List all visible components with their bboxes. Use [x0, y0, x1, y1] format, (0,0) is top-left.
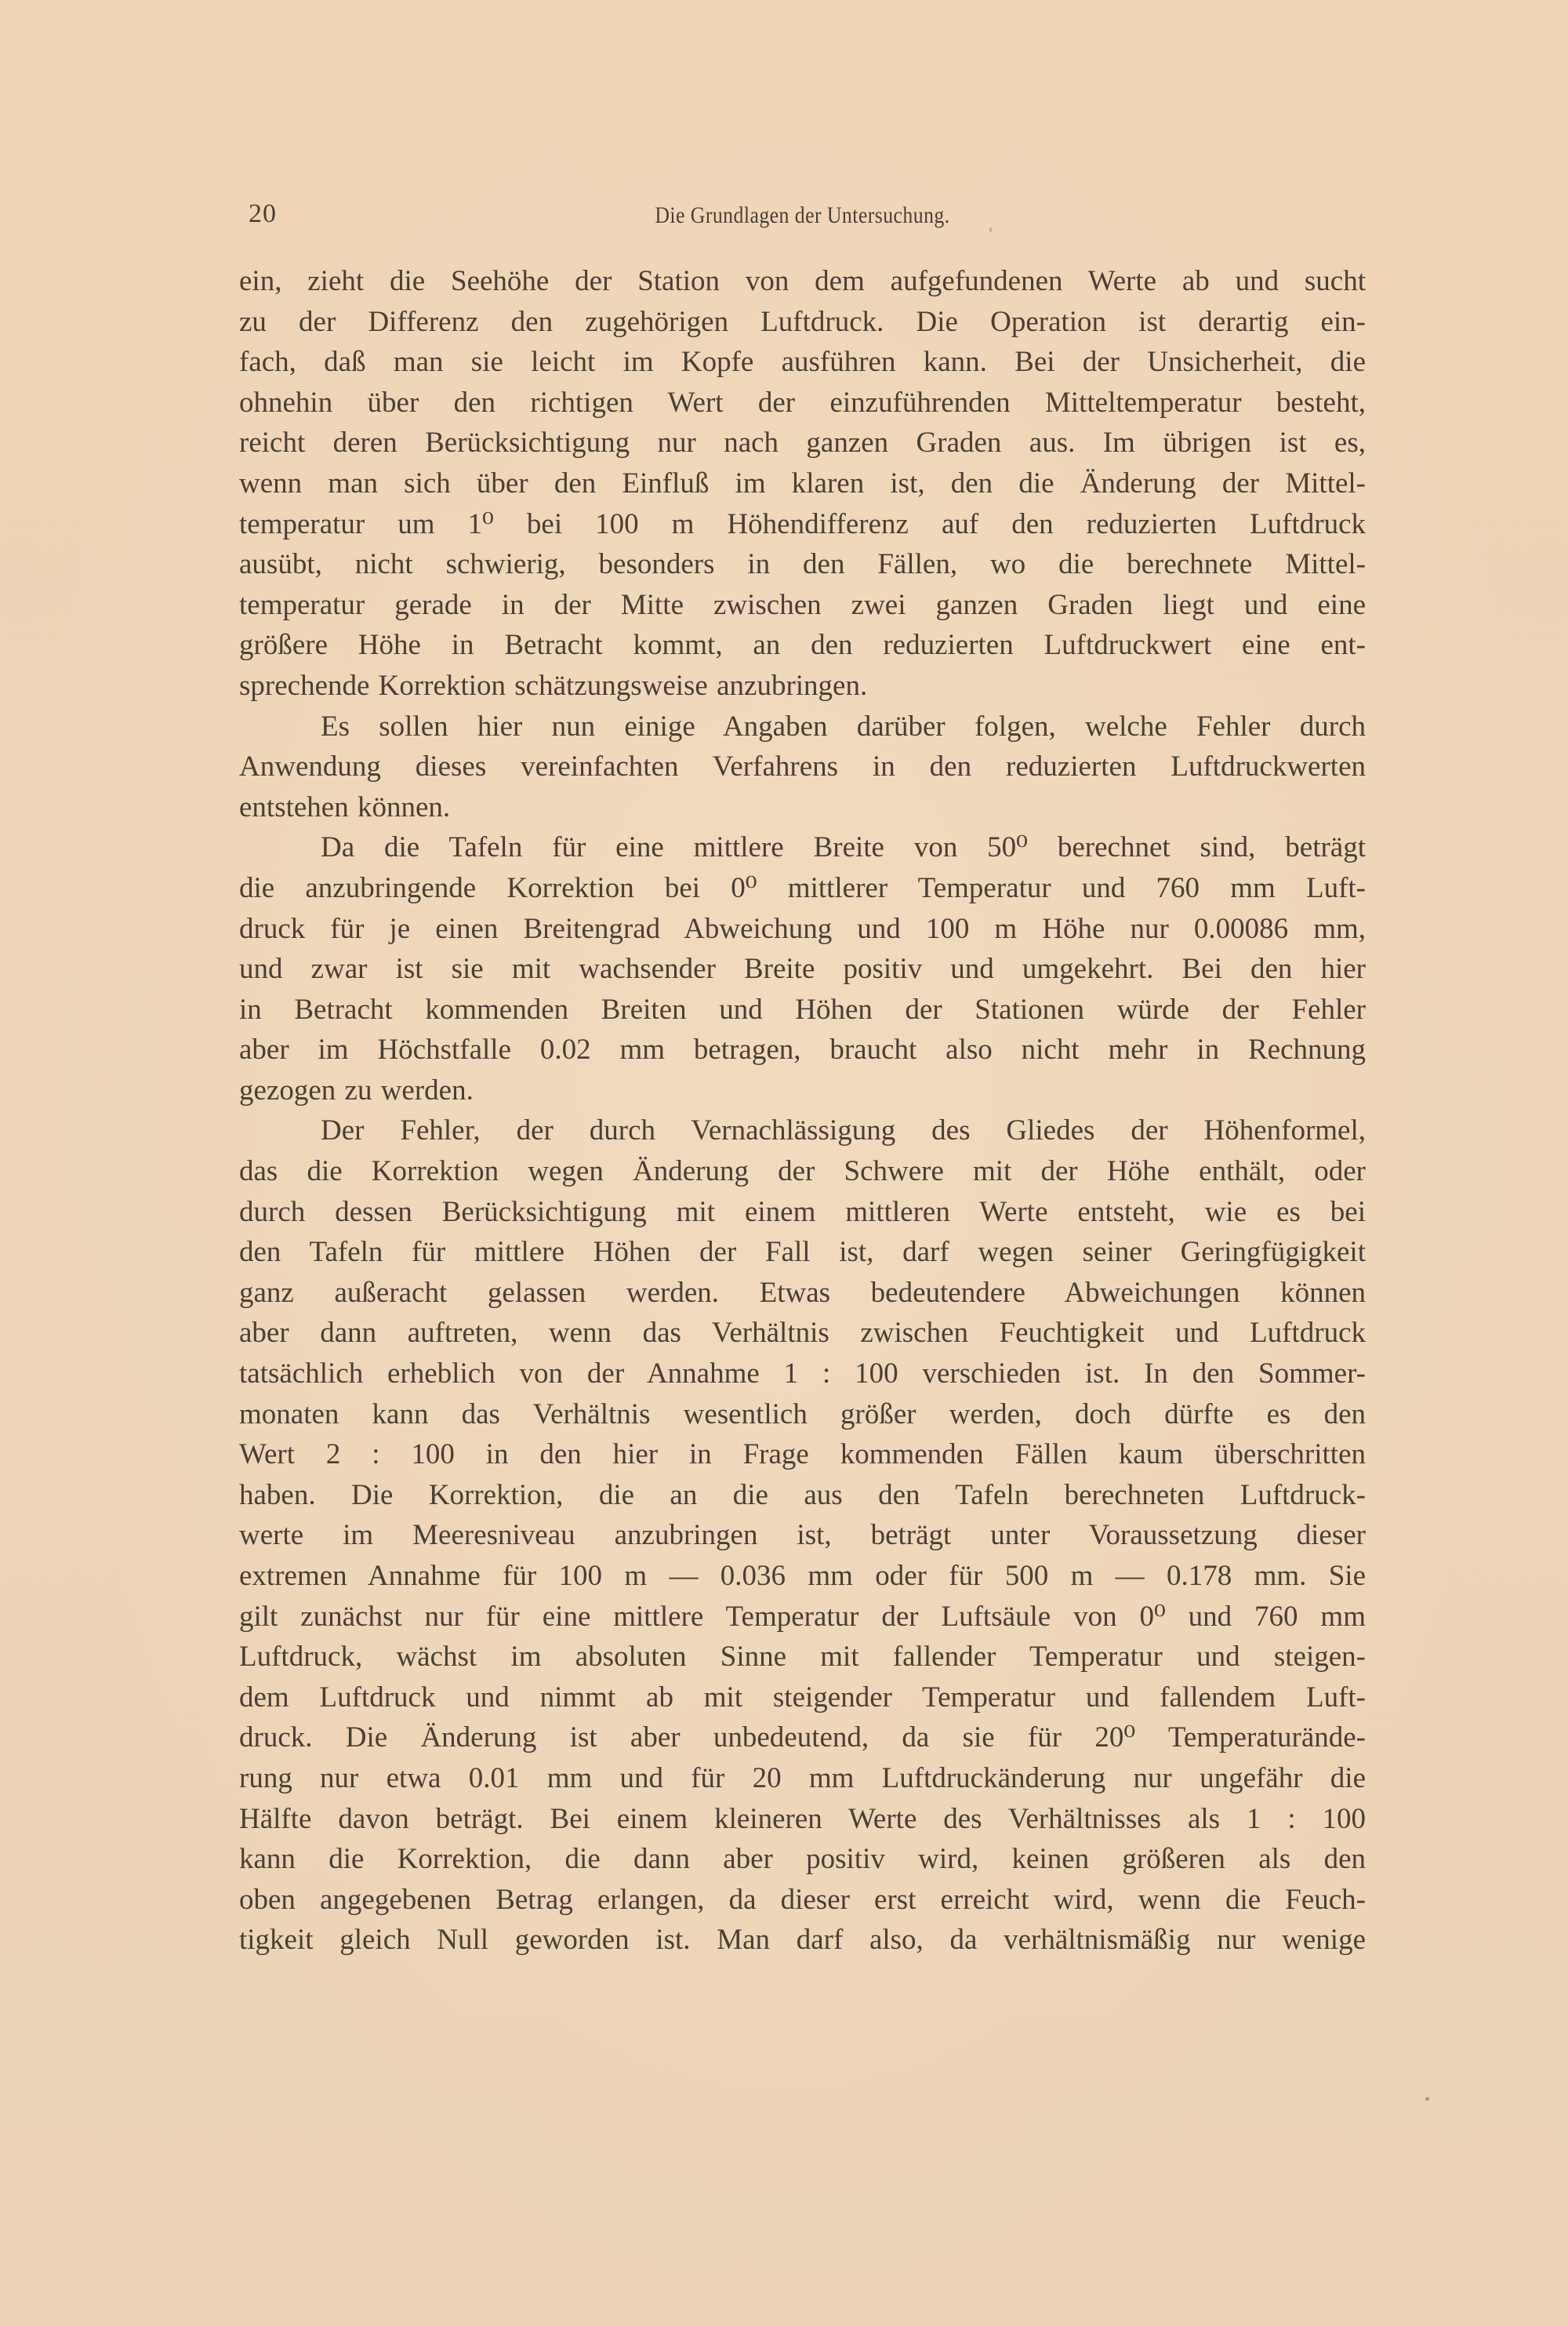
text-line: tatsächlich erheblich von der Annahme 1 …: [239, 1354, 1366, 1394]
text-line: sprechende Korrektion schätzungsweise an…: [239, 666, 1366, 707]
text-line: aber dann auftreten, wenn das Verhältnis…: [239, 1313, 1366, 1354]
text-line: ohnehin über den richtigen Wert der einz…: [239, 383, 1366, 423]
text-line: druck. Die Änderung ist aber unbedeutend…: [239, 1717, 1366, 1758]
body-text: ein, zieht die Seehöhe der Station von d…: [239, 261, 1366, 1961]
text-line: ausübt, nicht schwierig, besonders in de…: [239, 544, 1366, 585]
paragraph-first-line: ein, zieht die Seehöhe der Station von d…: [239, 261, 1366, 302]
text-line: größere Höhe in Betracht kommt, an den r…: [239, 625, 1366, 666]
text-line: wenn man sich über den Einfluß im klaren…: [239, 463, 1366, 504]
text-line: reicht deren Berücksichtigung nur nach g…: [239, 423, 1366, 463]
paper-speck: [989, 227, 992, 232]
running-head: 20 Die Grundlagen der Untersuchung.: [239, 196, 1366, 232]
text-line: in Betracht kommenden Breiten und Höhen …: [239, 990, 1366, 1030]
text-line: die anzubringende Korrektion bei 0⁰ mitt…: [239, 868, 1366, 909]
text-line: gilt zunächst nur für eine mittlere Temp…: [239, 1597, 1366, 1637]
text-line: temperatur um 1⁰ bei 100 m Höhendifferen…: [239, 504, 1366, 545]
paragraph-first-line: Es sollen hier nun einige Angaben darübe…: [239, 707, 1366, 747]
text-line: Wert 2 : 100 in den hier in Frage kommen…: [239, 1434, 1366, 1475]
text-line: aber im Höchstfalle 0.02 mm betragen, br…: [239, 1030, 1366, 1070]
text-line: druck für je einen Breitengrad Abweichun…: [239, 909, 1366, 950]
text-line: Anwendung dieses vereinfachten Verfahren…: [239, 747, 1366, 787]
paragraph-first-line: Da die Tafeln für eine mittlere Breite v…: [239, 827, 1366, 868]
text-line: durch dessen Berücksichtigung mit einem …: [239, 1192, 1366, 1233]
text-line: gezogen zu werden.: [239, 1070, 1366, 1111]
paragraph-first-line: Der Fehler, der durch Vernachlässigung d…: [239, 1110, 1366, 1151]
text-line: und zwar ist sie mit wachsender Breite p…: [239, 949, 1366, 990]
text-line: fach, daß man sie leicht im Kopfe ausfüh…: [239, 342, 1366, 383]
text-line: temperatur gerade in der Mitte zwischen …: [239, 585, 1366, 626]
text-line: entstehen können.: [239, 787, 1366, 828]
text-line: das die Korrektion wegen Änderung der Sc…: [239, 1151, 1366, 1192]
text-line: rung nur etwa 0.01 mm und für 20 mm Luft…: [239, 1758, 1366, 1799]
text-line: monaten kann das Verhältnis wesentlich g…: [239, 1394, 1366, 1435]
text-line: extremen Annahme für 100 m — 0.036 mm od…: [239, 1556, 1366, 1597]
text-line: dem Luftdruck und nimmt ab mit steigende…: [239, 1677, 1366, 1718]
scanned-page: 20 Die Grundlagen der Untersuchung. ein,…: [0, 0, 1568, 2326]
text-line: haben. Die Korrektion, die an die aus de…: [239, 1475, 1366, 1516]
text-line: Luftdruck, wächst im absoluten Sinne mit…: [239, 1637, 1366, 1677]
text-line: den Tafeln für mittlere Höhen der Fall i…: [239, 1232, 1366, 1273]
text-line: zu der Differenz den zugehörigen Luftdru…: [239, 302, 1366, 343]
running-title: Die Grundlagen der Untersuchung.: [318, 198, 1287, 234]
text-line: werte im Meeresniveau anzubringen ist, b…: [239, 1515, 1366, 1556]
text-line: Hälfte davon beträgt. Bei einem kleinere…: [239, 1799, 1366, 1840]
text-line: tigkeit gleich Null geworden ist. Man da…: [239, 1920, 1366, 1961]
text-line: oben angegebenen Betrag erlangen, da die…: [239, 1880, 1366, 1921]
paper-speck: [1425, 2097, 1429, 2101]
text-line: kann die Korrektion, die dann aber posit…: [239, 1839, 1366, 1880]
page-number: 20: [249, 196, 277, 232]
text-line: ganz außeracht gelassen werden. Etwas be…: [239, 1273, 1366, 1314]
